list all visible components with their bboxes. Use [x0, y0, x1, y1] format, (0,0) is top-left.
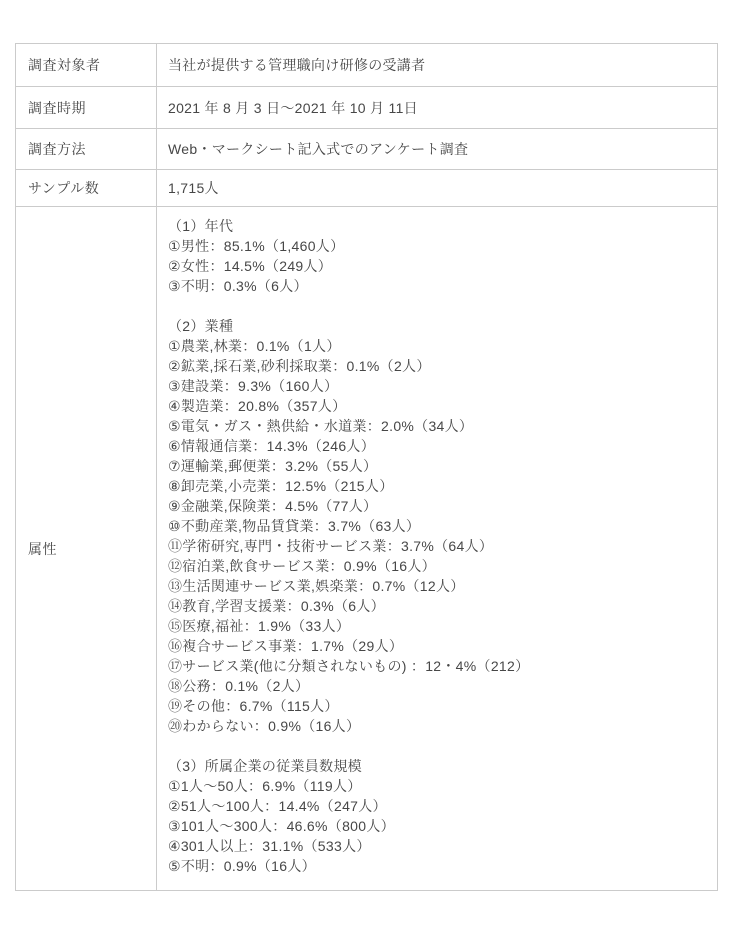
attribute-section: （3）所属企業の従業員数規模①1人〜50人：6.9%（119人）②51人〜100… — [168, 756, 707, 876]
attribute-line: ⑧卸売業,小売業：12.5%（215人） — [168, 476, 707, 496]
attribute-section: （2）業種①農業,林業：0.1%（1人）②鉱業,採石業,砂利採取業：0.1%（2… — [168, 316, 707, 736]
row-value: 2021 年 8 月 3 日〜2021 年 10 月 11日 — [157, 87, 717, 128]
attribute-line: ②鉱業,採石業,砂利採取業：0.1%（2人） — [168, 356, 707, 376]
attribute-line: ⑤電気・ガス・熱供給・水道業：2.0%（34人） — [168, 416, 707, 436]
attribute-line: ⑱公務：0.1%（2人） — [168, 676, 707, 696]
attribute-line: ⑫宿泊業,飲食サービス業：0.9%（16人） — [168, 556, 707, 576]
attribute-line: ⑲その他：6.7%（115人） — [168, 696, 707, 716]
survey-overview-table: 調査対象者 当社が提供する管理職向け研修の受講者 調査時期 2021 年 8 月… — [15, 43, 718, 891]
attribute-line: ⑯複合サービス事業：1.7%（29人） — [168, 636, 707, 656]
attribute-line: ①男性：85.1%（1,460人） — [168, 236, 707, 256]
table-row-survey-period: 調査時期 2021 年 8 月 3 日〜2021 年 10 月 11日 — [16, 86, 717, 128]
attribute-line: ①1人〜50人：6.9%（119人） — [168, 776, 707, 796]
row-label: 調査時期 — [16, 87, 157, 128]
attribute-line: ⑭教育,学習支援業：0.3%（6人） — [168, 596, 707, 616]
attribute-line: ④301人以上：31.1%（533人） — [168, 836, 707, 856]
attribute-line: ⑳わからない：0.9%（16人） — [168, 716, 707, 736]
attribute-line: ⑨金融業,保険業：4.5%（77人） — [168, 496, 707, 516]
attribute-line: ⑤不明：0.9%（16人） — [168, 856, 707, 876]
attribute-line: ③不明：0.3%（6人） — [168, 276, 707, 296]
attribute-line: ①農業,林業：0.1%（1人） — [168, 336, 707, 356]
attribute-line: ④製造業：20.8%（357人） — [168, 396, 707, 416]
attribute-line: ⑩不動産業,物品賃貸業：3.7%（63人） — [168, 516, 707, 536]
table-row-attributes: 属性 （1）年代①男性：85.1%（1,460人）②女性：14.5%（249人）… — [16, 206, 717, 890]
row-value: Web・マークシート記入式でのアンケート調査 — [157, 129, 717, 169]
row-label: 調査対象者 — [16, 44, 157, 86]
attribute-line: ⑰サービス業(他に分類されないもの) ：12・4%（212） — [168, 656, 707, 676]
attribute-line: ③101人〜300人：46.6%（800人） — [168, 816, 707, 836]
attribute-line: ②51人〜100人：14.4%（247人） — [168, 796, 707, 816]
row-label: 調査方法 — [16, 129, 157, 169]
attribute-section-heading: （3）所属企業の従業員数規模 — [168, 756, 707, 776]
attribute-line: ②女性：14.5%（249人） — [168, 256, 707, 276]
attribute-line: ⑮医療,福祉：1.9%（33人） — [168, 616, 707, 636]
row-value: 1,715人 — [157, 170, 717, 206]
table-row-survey-method: 調査方法 Web・マークシート記入式でのアンケート調査 — [16, 128, 717, 169]
attribute-section-heading: （1）年代 — [168, 216, 707, 236]
attribute-line: ⑥情報通信業：14.3%（246人） — [168, 436, 707, 456]
attribute-line: ⑬生活関連サービス業,娯楽業：0.7%（12人） — [168, 576, 707, 596]
survey-summary-page: 調査対象者 当社が提供する管理職向け研修の受講者 調査時期 2021 年 8 月… — [0, 0, 740, 928]
attribute-line: ⑪学術研究,専門・技術サービス業：3.7%（64人） — [168, 536, 707, 556]
row-label: サンプル数 — [16, 170, 157, 206]
attribute-section-heading: （2）業種 — [168, 316, 707, 336]
row-value: 当社が提供する管理職向け研修の受講者 — [157, 44, 717, 86]
table-row-sample-size: サンプル数 1,715人 — [16, 169, 717, 206]
attribute-line: ③建設業：9.3%（160人） — [168, 376, 707, 396]
attribute-section: （1）年代①男性：85.1%（1,460人）②女性：14.5%（249人）③不明… — [168, 216, 707, 296]
row-label: 属性 — [16, 207, 157, 890]
attribute-line: ⑦運輸業,郵便業：3.2%（55人） — [168, 456, 707, 476]
attributes-content: （1）年代①男性：85.1%（1,460人）②女性：14.5%（249人）③不明… — [157, 207, 717, 890]
table-row-survey-target: 調査対象者 当社が提供する管理職向け研修の受講者 — [16, 44, 717, 86]
